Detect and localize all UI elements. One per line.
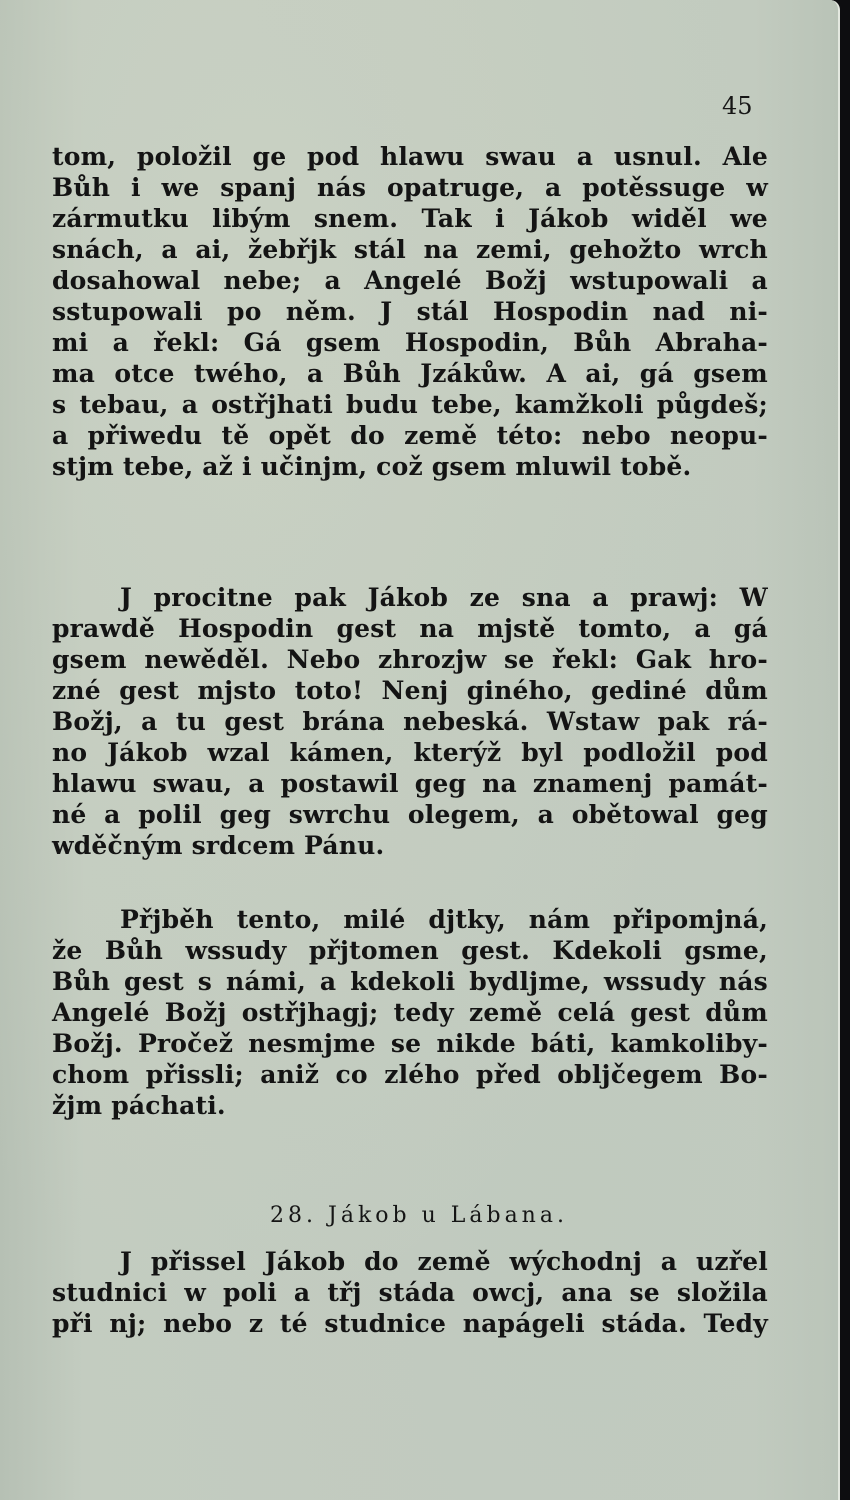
word: Abraha- bbox=[656, 327, 768, 358]
word: nikde bbox=[436, 1028, 515, 1059]
word: se bbox=[504, 644, 534, 675]
word: nad bbox=[653, 296, 705, 327]
word: neopu- bbox=[670, 420, 768, 451]
text-line: chompřissli;anižcozléhopředobljčegemBo- bbox=[52, 1059, 768, 1090]
word: ana bbox=[561, 1277, 612, 1308]
word: wzal bbox=[208, 737, 270, 768]
word: složila bbox=[677, 1277, 768, 1308]
word: nebeská. bbox=[403, 706, 528, 737]
word: ai, bbox=[195, 234, 230, 265]
word: námi, bbox=[226, 966, 306, 997]
word: Kdekoli bbox=[552, 935, 662, 966]
word: při bbox=[52, 1308, 93, 1339]
word: Nebo bbox=[287, 644, 361, 675]
word: ostřjhagj; bbox=[242, 997, 379, 1028]
word: a bbox=[577, 141, 593, 172]
text-line: noJákobwzalkámen,kterýžbylpodložilpod bbox=[52, 737, 768, 768]
word: potěssuge bbox=[582, 172, 725, 203]
word: opatruge, bbox=[387, 172, 524, 203]
book-page: 45 tom,položilgepodhlawuswauausnul.Ale B… bbox=[0, 0, 840, 1500]
word: s bbox=[52, 389, 66, 420]
text-line: miařekl:GágsemHospodin,BůhAbraha- bbox=[52, 327, 768, 358]
word: gest bbox=[336, 613, 396, 644]
word: libým bbox=[212, 203, 290, 234]
word: celá bbox=[557, 997, 615, 1028]
word: mjstě bbox=[477, 613, 555, 644]
word: stáda bbox=[379, 1277, 456, 1308]
word: země bbox=[469, 997, 542, 1028]
word: dosahowal bbox=[52, 265, 200, 296]
word: a bbox=[141, 706, 157, 737]
word: hro- bbox=[709, 644, 768, 675]
word: znamenj bbox=[533, 768, 653, 799]
word: toto! bbox=[295, 675, 363, 706]
word: budu bbox=[346, 389, 418, 420]
word: snem. bbox=[314, 203, 398, 234]
word: a bbox=[307, 358, 323, 389]
word: J bbox=[120, 1246, 132, 1277]
word: Pročež bbox=[138, 1028, 233, 1059]
word: widěl bbox=[632, 203, 707, 234]
word: dům bbox=[705, 675, 768, 706]
text-line: žeBůhwssudypřjtomengest.Kdekoligsme, bbox=[52, 935, 768, 966]
word: pod bbox=[307, 141, 359, 172]
word: ostřjhati bbox=[211, 389, 333, 420]
word: w bbox=[746, 172, 768, 203]
word: bydljme, bbox=[469, 966, 590, 997]
word: sna bbox=[522, 582, 571, 613]
word: po bbox=[227, 296, 262, 327]
word: ge bbox=[253, 141, 287, 172]
word: studnici bbox=[52, 1277, 167, 1308]
word: i bbox=[131, 172, 141, 203]
word: hlawu bbox=[52, 768, 137, 799]
word: do bbox=[350, 420, 385, 451]
word: Jákob bbox=[368, 582, 449, 613]
word: se bbox=[391, 1028, 421, 1059]
word: aniž bbox=[260, 1059, 319, 1090]
word: památ- bbox=[668, 768, 767, 799]
word: a bbox=[325, 265, 341, 296]
word: Bůh bbox=[52, 172, 110, 203]
word: wýchodnj bbox=[510, 1246, 642, 1277]
word: gsem bbox=[693, 358, 768, 389]
word: nesmjme bbox=[248, 1028, 375, 1059]
text-line: gsemnewěděl.Nebozhrozjwseřekl:Gakhro- bbox=[52, 644, 768, 675]
word: tě bbox=[222, 420, 250, 451]
word: geg bbox=[716, 799, 767, 830]
word: s bbox=[198, 966, 212, 997]
word: poli bbox=[223, 1277, 277, 1308]
word: Hospodin, bbox=[405, 327, 549, 358]
word: rá- bbox=[728, 706, 768, 737]
word: a bbox=[294, 1277, 310, 1308]
word: tu bbox=[176, 706, 206, 737]
word: wssudy bbox=[185, 935, 286, 966]
word: na bbox=[482, 768, 517, 799]
word: we bbox=[162, 172, 200, 203]
word: Jákob bbox=[107, 737, 188, 768]
word: podložil bbox=[583, 737, 696, 768]
text-line: prawděHospodingestnamjstětomto,agá bbox=[52, 613, 768, 644]
chapter-heading: 28. Jákob u Lábana. bbox=[0, 1203, 838, 1228]
text-line: znégestmjstototo!Nenjginého,gedinédům bbox=[52, 675, 768, 706]
word: třj bbox=[327, 1277, 361, 1308]
word: Jákob bbox=[265, 1246, 346, 1277]
word: a bbox=[113, 327, 129, 358]
word: né bbox=[52, 799, 86, 830]
word: swau, bbox=[153, 768, 233, 799]
word: a bbox=[694, 613, 710, 644]
word: A bbox=[546, 358, 566, 389]
word: J bbox=[120, 582, 132, 613]
word: ma bbox=[52, 358, 95, 389]
word: před bbox=[476, 1059, 541, 1090]
word: djtky, bbox=[428, 904, 505, 935]
word: přissel bbox=[151, 1246, 246, 1277]
word: pak bbox=[658, 706, 710, 737]
word: nj; bbox=[109, 1308, 146, 1339]
word: položil bbox=[137, 141, 232, 172]
text-line: maotcetwého,aBůhJzákůw.Aai,gágsem bbox=[52, 358, 768, 389]
word: studnice bbox=[324, 1308, 446, 1339]
text-line: hlawuswau,apostawilgegnaznamenjpamát- bbox=[52, 768, 768, 799]
word: nám bbox=[529, 904, 590, 935]
word: zné bbox=[52, 675, 101, 706]
word: tedy bbox=[394, 997, 454, 1028]
text-line: JprocitnepakJákobzesnaaprawj:W bbox=[52, 582, 768, 613]
word: gsem bbox=[306, 327, 381, 358]
word: tomto, bbox=[578, 613, 671, 644]
text-line: AngeléBožjostřjhagj;tedyzeměcelágestdům bbox=[52, 997, 768, 1028]
word: Jzákůw. bbox=[420, 358, 527, 389]
paragraph-moral: Přjběhtento,milédjtky,námpřipomjná, žeBů… bbox=[52, 904, 768, 1121]
word: zármutku bbox=[52, 203, 189, 234]
word: polil bbox=[138, 799, 202, 830]
word: tebe, bbox=[431, 389, 502, 420]
word: dům bbox=[705, 997, 768, 1028]
text-line: Božj.Pročežnesmjmesenikdebáti,kamkoliby- bbox=[52, 1028, 768, 1059]
word: přjtomen bbox=[309, 935, 439, 966]
word: Přjběh bbox=[120, 904, 214, 935]
paragraph-chapter-28: JpřisselJákobdozeměwýchodnjauzřel studni… bbox=[52, 1246, 768, 1339]
text-line: snách,aai,žebřjkstálnazemi,gehožtowrch bbox=[52, 234, 768, 265]
word: Božj bbox=[485, 265, 547, 296]
word: chom bbox=[52, 1059, 129, 1090]
word: we bbox=[730, 203, 768, 234]
word: wssudy bbox=[604, 966, 705, 997]
word: gá bbox=[734, 613, 768, 644]
word: zlého bbox=[384, 1059, 459, 1090]
word: této: bbox=[497, 420, 563, 451]
word: twého, bbox=[194, 358, 288, 389]
word: gsem bbox=[52, 644, 127, 675]
word: byl bbox=[521, 737, 563, 768]
text-line: dosahowalnebe;aAngeléBožjwstupowalia bbox=[52, 265, 768, 296]
text-line: Přjběhtento,milédjtky,námpřipomjná, bbox=[52, 904, 768, 935]
word: olegem, bbox=[408, 799, 520, 830]
word: Božj, bbox=[52, 706, 123, 737]
word: Gá bbox=[244, 327, 282, 358]
word: Božj bbox=[165, 997, 227, 1028]
text-line: stebau,aostřjhatibudutebe,kamžkolipůgdeš… bbox=[52, 389, 768, 420]
word: giného, bbox=[467, 675, 573, 706]
word: a bbox=[161, 234, 177, 265]
word: a bbox=[752, 265, 768, 296]
word: se bbox=[630, 1277, 660, 1308]
text-line: Božj,atugestbránanebeská.Wstawpakrá- bbox=[52, 706, 768, 737]
word: tebau, bbox=[79, 389, 168, 420]
word: Bo- bbox=[719, 1059, 768, 1090]
word: a bbox=[248, 768, 264, 799]
word: swrchu bbox=[289, 799, 391, 830]
word: a bbox=[592, 582, 608, 613]
word: mi bbox=[52, 327, 88, 358]
word: geg bbox=[220, 799, 271, 830]
word: Hospodin bbox=[178, 613, 313, 644]
word: kdekoli bbox=[350, 966, 455, 997]
text-line: tom,položilgepodhlawuswauausnul.Ale bbox=[52, 141, 768, 172]
word: milé bbox=[343, 904, 405, 935]
word: swau bbox=[485, 141, 556, 172]
word: wstupowali bbox=[570, 265, 728, 296]
word: žebřjk bbox=[248, 234, 336, 265]
word: mjsto bbox=[198, 675, 277, 706]
text-line: apřiwedutěopětdozemětéto:neboneopu- bbox=[52, 420, 768, 451]
word: opět bbox=[269, 420, 331, 451]
word: otce bbox=[114, 358, 174, 389]
word: gediné bbox=[591, 675, 687, 706]
word: Tedy bbox=[704, 1308, 768, 1339]
word: ni- bbox=[729, 296, 768, 327]
word: gest. bbox=[461, 935, 530, 966]
word: nebe; bbox=[224, 265, 302, 296]
word: Bůh bbox=[343, 358, 401, 389]
word: snách, bbox=[52, 234, 144, 265]
word: na bbox=[424, 234, 459, 265]
text-line: stjm tebe, až i učinjm, což gsem mluwil … bbox=[52, 451, 768, 482]
word: co bbox=[336, 1059, 368, 1090]
word: obljčegem bbox=[557, 1059, 702, 1090]
word: zhrozjw bbox=[378, 644, 486, 675]
word: prawdě bbox=[52, 613, 155, 644]
text-line: wděčným srdcem Pánu. bbox=[52, 830, 768, 861]
text-line: Bůhgestsnámi,akdekolibydljme,wssudynás bbox=[52, 966, 768, 997]
word: Jákob bbox=[528, 203, 609, 234]
word: země bbox=[417, 1246, 490, 1277]
word: Bůh bbox=[52, 966, 110, 997]
word: přissli; bbox=[146, 1059, 244, 1090]
word: gest bbox=[124, 966, 184, 997]
word: stál bbox=[354, 234, 406, 265]
word: tento, bbox=[237, 904, 321, 935]
word: a bbox=[320, 966, 336, 997]
word: obětowal bbox=[572, 799, 699, 830]
word: owcj, bbox=[472, 1277, 544, 1308]
word: sstupowali bbox=[52, 296, 203, 327]
word: Božj. bbox=[52, 1028, 123, 1059]
word: a bbox=[182, 389, 198, 420]
word: Hospodin bbox=[493, 296, 628, 327]
word: Angelé bbox=[364, 265, 462, 296]
word: řekl: bbox=[552, 644, 618, 675]
word: na bbox=[419, 613, 454, 644]
word: připomjná, bbox=[613, 904, 768, 935]
word: i bbox=[495, 203, 505, 234]
word: gest bbox=[224, 706, 284, 737]
word: uzřel bbox=[696, 1246, 768, 1277]
word: gehožto bbox=[569, 234, 681, 265]
word: nebo bbox=[582, 420, 651, 451]
word: procitne bbox=[154, 582, 273, 613]
word: Nenj bbox=[382, 675, 449, 706]
word: gest bbox=[119, 675, 179, 706]
page-number: 45 bbox=[722, 92, 753, 120]
word: Wstaw bbox=[547, 706, 639, 737]
word: napágeli bbox=[463, 1308, 585, 1339]
word: do bbox=[364, 1246, 399, 1277]
word: kamkoliby- bbox=[611, 1028, 768, 1059]
paragraph-continuation: tom,položilgepodhlawuswauausnul.Ale Bůhi… bbox=[52, 141, 768, 482]
word: pod bbox=[716, 737, 768, 768]
word: něm. bbox=[286, 296, 356, 327]
word: z bbox=[249, 1308, 263, 1339]
word: Gak bbox=[636, 644, 691, 675]
text-line: zármutkulibýmsnem.TakiJákobwidělwe bbox=[52, 203, 768, 234]
word: zemi, bbox=[476, 234, 552, 265]
word: Bůh bbox=[573, 327, 631, 358]
word: že bbox=[52, 935, 83, 966]
word: a bbox=[538, 799, 554, 830]
word: Angelé bbox=[52, 997, 150, 1028]
text-line: studniciwpoliatřjstádaowcj,anasesložila bbox=[52, 1277, 768, 1308]
word: kámen, bbox=[290, 737, 394, 768]
word: té bbox=[280, 1308, 308, 1339]
word: stál bbox=[417, 296, 469, 327]
word: kamžkoli bbox=[515, 389, 644, 420]
word: W bbox=[740, 582, 768, 613]
word: půgdeš; bbox=[657, 389, 768, 420]
text-line: Bůhiwespanjnásopatruge,apotěssugew bbox=[52, 172, 768, 203]
word: kterýž bbox=[413, 737, 501, 768]
word: báti, bbox=[531, 1028, 595, 1059]
word: a bbox=[661, 1246, 677, 1277]
word: nás bbox=[719, 966, 768, 997]
word: usnul. bbox=[614, 141, 702, 172]
word: tom, bbox=[52, 141, 116, 172]
word: a bbox=[104, 799, 120, 830]
word: ze bbox=[470, 582, 501, 613]
word: gá bbox=[640, 358, 674, 389]
word: gsme, bbox=[684, 935, 768, 966]
word: ai, bbox=[585, 358, 620, 389]
word: Tak bbox=[421, 203, 471, 234]
word: postawil bbox=[281, 768, 399, 799]
word: Ale bbox=[723, 141, 768, 172]
word: hlawu bbox=[380, 141, 465, 172]
word: nebo bbox=[163, 1308, 232, 1339]
word: a bbox=[545, 172, 561, 203]
text-line: žjm páchati. bbox=[52, 1090, 768, 1121]
text-line: sstupowaliponěm.JstálHospodinnadni- bbox=[52, 296, 768, 327]
word: no bbox=[52, 737, 87, 768]
word: spanj bbox=[220, 172, 296, 203]
word: nás bbox=[317, 172, 366, 203]
text-line: JpřisselJákobdozeměwýchodnjauzřel bbox=[52, 1246, 768, 1277]
paragraph-jacob-awakes: JprocitnepakJákobzesnaaprawj:W prawděHos… bbox=[52, 582, 768, 861]
word: prawj: bbox=[630, 582, 718, 613]
word: gest bbox=[630, 997, 690, 1028]
word: země bbox=[404, 420, 477, 451]
word: přiwedu bbox=[88, 420, 203, 451]
word: geg bbox=[415, 768, 466, 799]
word: pak bbox=[294, 582, 346, 613]
word: stáda. bbox=[601, 1308, 686, 1339]
text-line: přinj;neboztéstudnicenapágelistáda.Tedy bbox=[52, 1308, 768, 1339]
word: wrch bbox=[699, 234, 768, 265]
word: newěděl. bbox=[144, 644, 269, 675]
word: w bbox=[184, 1277, 206, 1308]
word: J bbox=[380, 296, 392, 327]
word: brána bbox=[303, 706, 385, 737]
text-line: néapolilgegswrchuolegem,aobětowalgeg bbox=[52, 799, 768, 830]
word: a bbox=[52, 420, 68, 451]
word: řekl: bbox=[153, 327, 219, 358]
word: Bůh bbox=[105, 935, 163, 966]
